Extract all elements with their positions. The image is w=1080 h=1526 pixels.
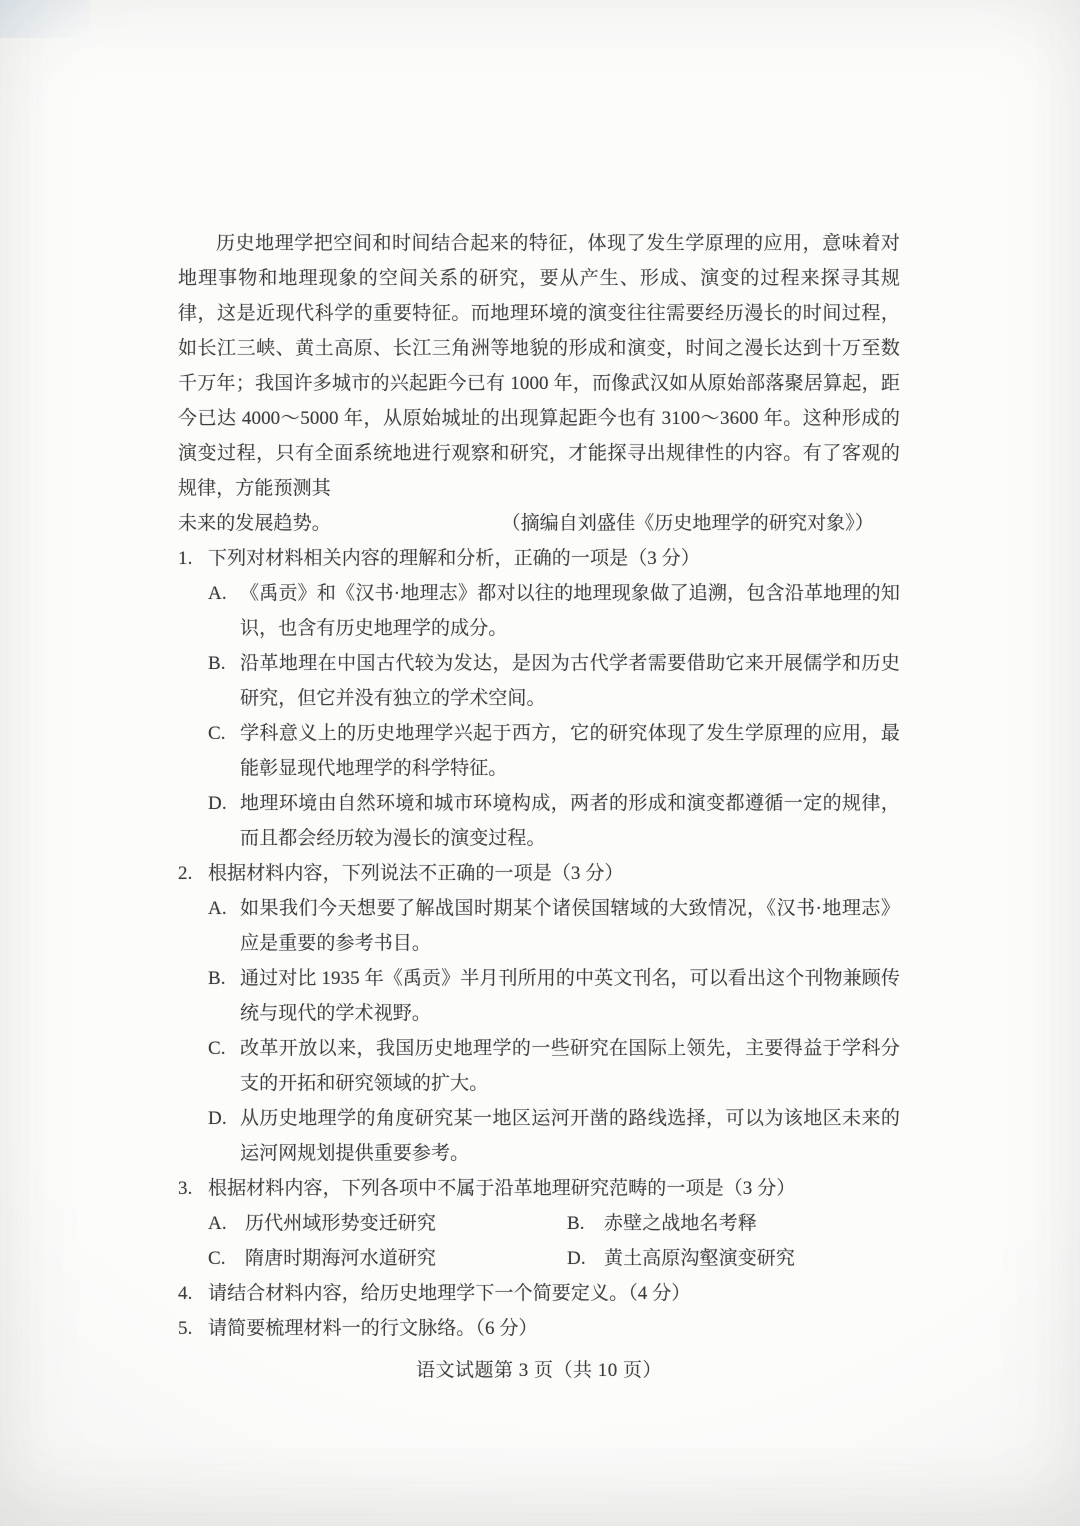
passage-body: 历史地理学把空间和时间结合起来的特征，体现了发生学原理的应用，意味着对地理事物和…: [178, 226, 900, 506]
option-label: A.: [208, 1206, 245, 1241]
question-3-stem: 根据材料内容，下列各项中不属于沿革地理研究范畴的一项是（3 分）: [208, 1171, 900, 1206]
option-label: C.: [208, 1031, 240, 1101]
reading-passage: 历史地理学把空间和时间结合起来的特征，体现了发生学原理的应用，意味着对地理事物和…: [178, 226, 900, 541]
question-1-options: A. 《禹贡》和《汉书·地理志》都对以往的地理现象做了追溯，包含沿革地理的知识，…: [208, 576, 900, 856]
option-text: 地理环境由自然环境和城市环境构成，两者的形成和演变都遵循一定的规律，而且都会经历…: [240, 786, 900, 856]
question-1-option-d: D. 地理环境由自然环境和城市环境构成，两者的形成和演变都遵循一定的规律，而且都…: [208, 786, 900, 856]
option-label: D.: [567, 1241, 604, 1276]
question-5: 5. 请简要梳理材料一的行文脉络。（6 分）: [178, 1311, 900, 1346]
photo-corner-tint: [0, 0, 90, 38]
option-label: D.: [208, 1101, 240, 1171]
option-text: 《禹贡》和《汉书·地理志》都对以往的地理现象做了追溯，包含沿革地理的知识，也含有…: [240, 576, 900, 646]
question-2-option-a: A. 如果我们今天想要了解战国时期某个诸侯国辖域的大致情况，《汉书·地理志》应是…: [208, 891, 900, 961]
question-3-options: A. 历代州域形势变迁研究 B. 赤壁之战地名考释 C. 隋唐时期海河水道研究 …: [208, 1206, 900, 1276]
option-text: 从历史地理学的角度研究某一地区运河开凿的路线选择，可以为该地区未来的运河网规划提…: [240, 1101, 900, 1171]
option-text: 历代州域形势变迁研究: [245, 1206, 567, 1241]
page-content: 历史地理学把空间和时间结合起来的特征，体现了发生学原理的应用，意味着对地理事物和…: [178, 226, 900, 1388]
question-1-stem: 下列对材料相关内容的理解和分析，正确的一项是（3 分）: [208, 541, 900, 576]
question-5-stem: 请简要梳理材料一的行文脉络。（6 分）: [208, 1311, 900, 1346]
passage-ending: 未来的发展趋势。: [178, 506, 331, 541]
question-3-stem-row: 3. 根据材料内容，下列各项中不属于沿革地理研究范畴的一项是（3 分）: [178, 1171, 900, 1206]
option-text: 学科意义上的历史地理学兴起于西方，它的研究体现了发生学原理的应用，最能彰显现代地…: [240, 716, 900, 786]
question-1-stem-row: 1. 下列对材料相关内容的理解和分析，正确的一项是（3 分）: [178, 541, 900, 576]
option-label: A.: [208, 891, 240, 961]
question-4-number: 4.: [178, 1276, 208, 1311]
question-1-option-a: A. 《禹贡》和《汉书·地理志》都对以往的地理现象做了追溯，包含沿革地理的知识，…: [208, 576, 900, 646]
question-2-options: A. 如果我们今天想要了解战国时期某个诸侯国辖域的大致情况，《汉书·地理志》应是…: [208, 891, 900, 1171]
source-attribution: （摘编自刘盛佳《历史地理学的研究对象》）: [501, 506, 874, 541]
question-2-number: 2.: [178, 856, 208, 891]
question-5-stem-row: 5. 请简要梳理材料一的行文脉络。（6 分）: [178, 1311, 900, 1346]
question-1-option-b: B. 沿革地理在中国古代较为发达，是因为古代学者需要借助它来开展儒学和历史研究，…: [208, 646, 900, 716]
question-2-stem: 根据材料内容，下列说法不正确的一项是（3 分）: [208, 856, 900, 891]
question-3-option-b: B. 赤壁之战地名考释: [567, 1206, 900, 1241]
option-label: C.: [208, 1241, 245, 1276]
option-text: 赤壁之战地名考释: [604, 1206, 900, 1241]
option-label: C.: [208, 716, 240, 786]
exam-paper-page: 历史地理学把空间和时间结合起来的特征，体现了发生学原理的应用，意味着对地理事物和…: [0, 0, 1080, 1526]
question-4: 4. 请结合材料内容，给历史地理学下一个简要定义。（4 分）: [178, 1276, 900, 1311]
question-2-option-c: C. 改革开放以来，我国历史地理学的一些研究在国际上领先，主要得益于学科分支的开…: [208, 1031, 900, 1101]
question-3-option-d: D. 黄土高原沟壑演变研究: [567, 1241, 900, 1276]
option-text: 如果我们今天想要了解战国时期某个诸侯国辖域的大致情况，《汉书·地理志》应是重要的…: [240, 891, 900, 961]
question-3-option-c: C. 隋唐时期海河水道研究: [208, 1241, 567, 1276]
option-text: 通过对比 1935 年《禹贡》半月刊所用的中英文刊名，可以看出这个刊物兼顾传统与…: [240, 961, 900, 1031]
question-3-number: 3.: [178, 1171, 208, 1206]
question-4-stem-row: 4. 请结合材料内容，给历史地理学下一个简要定义。（4 分）: [178, 1276, 900, 1311]
question-2-option-b: B. 通过对比 1935 年《禹贡》半月刊所用的中英文刊名，可以看出这个刊物兼顾…: [208, 961, 900, 1031]
option-label: B.: [208, 961, 240, 1031]
question-3-option-a: A. 历代州域形势变迁研究: [208, 1206, 567, 1241]
question-2: 2. 根据材料内容，下列说法不正确的一项是（3 分） A. 如果我们今天想要了解…: [178, 856, 900, 1171]
question-1-option-c: C. 学科意义上的历史地理学兴起于西方，它的研究体现了发生学原理的应用，最能彰显…: [208, 716, 900, 786]
question-2-stem-row: 2. 根据材料内容，下列说法不正确的一项是（3 分）: [178, 856, 900, 891]
question-2-option-d: D. 从历史地理学的角度研究某一地区运河开凿的路线选择，可以为该地区未来的运河网…: [208, 1101, 900, 1171]
option-label: B.: [208, 646, 240, 716]
question-5-number: 5.: [178, 1311, 208, 1346]
question-3: 3. 根据材料内容，下列各项中不属于沿革地理研究范畴的一项是（3 分） A. 历…: [178, 1171, 900, 1276]
option-label: B.: [567, 1206, 604, 1241]
option-text: 黄土高原沟壑演变研究: [604, 1241, 900, 1276]
option-text: 改革开放以来，我国历史地理学的一些研究在国际上领先，主要得益于学科分支的开拓和研…: [240, 1031, 900, 1101]
question-1: 1. 下列对材料相关内容的理解和分析，正确的一项是（3 分） A. 《禹贡》和《…: [178, 541, 900, 856]
question-1-number: 1.: [178, 541, 208, 576]
option-label: D.: [208, 786, 240, 856]
page-footer: 语文试题第 3 页（共 10 页）: [178, 1353, 900, 1388]
option-text: 隋唐时期海河水道研究: [245, 1241, 567, 1276]
option-label: A.: [208, 576, 240, 646]
passage-last-line: 未来的发展趋势。 （摘编自刘盛佳《历史地理学的研究对象》）: [178, 506, 900, 541]
question-4-stem: 请结合材料内容，给历史地理学下一个简要定义。（4 分）: [208, 1276, 900, 1311]
option-text: 沿革地理在中国古代较为发达，是因为古代学者需要借助它来开展儒学和历史研究，但它并…: [240, 646, 900, 716]
